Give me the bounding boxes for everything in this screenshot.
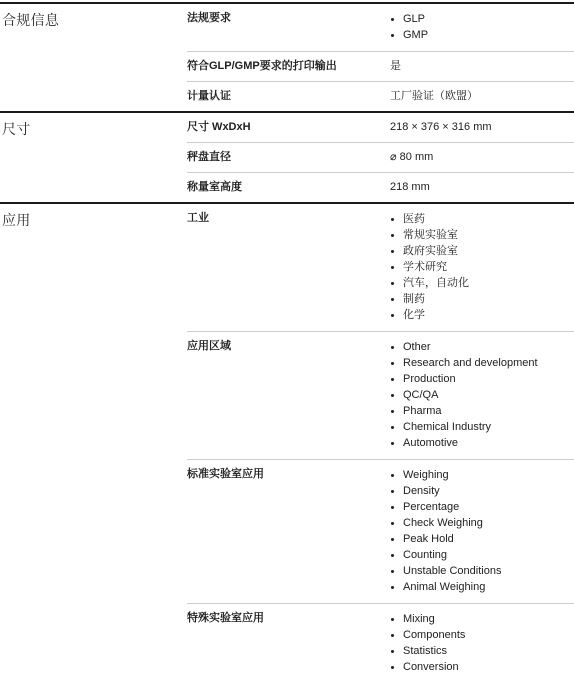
bullet-icon xyxy=(391,234,394,237)
bullet-icon xyxy=(391,506,394,509)
row-pan-diameter: 秤盘直径 ⌀ 80 mm xyxy=(187,142,574,172)
value-list-item: Counting xyxy=(390,547,574,563)
value-list-item: Pharma xyxy=(390,403,574,419)
value-item-text: Unstable Conditions xyxy=(403,563,501,579)
value-text: 218 mm xyxy=(390,181,430,193)
bullet-icon xyxy=(391,346,394,349)
value-item-text: Density xyxy=(403,483,440,499)
value-item-text: 医药 xyxy=(403,211,425,227)
bullet-icon xyxy=(391,282,394,285)
bullet-icon xyxy=(391,586,394,589)
value-item-text: 制药 xyxy=(403,291,425,307)
attribute-value: Weighing Density Percentage Check Weighi… xyxy=(390,467,574,595)
attribute-label: 工业 xyxy=(187,211,390,323)
bullet-icon xyxy=(391,298,394,301)
value-item-text: Components xyxy=(403,627,465,643)
value-list-item: QC/QA xyxy=(390,387,574,403)
section-title-applications: 应用 xyxy=(0,204,187,683)
bullet-icon xyxy=(391,522,394,525)
bullet-icon xyxy=(391,34,394,37)
value-item-text: Chemical Industry xyxy=(403,419,491,435)
value-item-text: GMP xyxy=(403,27,428,43)
spec-section-compliance: 合规信息 法规要求 GLP GMP 符合GLP/GMP要求的打印输出 是 计量认… xyxy=(0,2,574,111)
value-list-item: Components xyxy=(390,627,574,643)
bullet-icon xyxy=(391,554,394,557)
attribute-value: 医药 常规实验室 政府实验室 学术研究 汽车，自动化 制药 化学 xyxy=(390,211,574,323)
value-list-item: Weighing xyxy=(390,467,574,483)
value-item-text: Production xyxy=(403,371,456,387)
section-title-dimensions: 尺寸 xyxy=(0,113,187,202)
attribute-label: 秤盘直径 xyxy=(187,150,390,164)
value-list-item: GMP xyxy=(390,27,574,43)
attribute-value: Other Research and development Productio… xyxy=(390,339,574,451)
bullet-icon xyxy=(391,250,394,253)
value-list-item: Mixing xyxy=(390,611,574,627)
value-item-text: Mixing xyxy=(403,611,435,627)
attribute-label: 标准实验室应用 xyxy=(187,467,390,595)
value-text: 是 xyxy=(390,60,401,72)
row-glp-gmp-printout: 符合GLP/GMP要求的打印输出 是 xyxy=(187,51,574,81)
attribute-label: 符合GLP/GMP要求的打印输出 xyxy=(187,59,390,73)
bullet-icon xyxy=(391,538,394,541)
bullet-icon xyxy=(391,570,394,573)
value-text: 工厂验证（欧盟） xyxy=(390,90,478,102)
bullet-icon xyxy=(391,378,394,381)
value-list-item: 化学 xyxy=(390,307,574,323)
bullet-icon xyxy=(391,618,394,621)
bullet-icon xyxy=(391,218,394,221)
attribute-value: 是 xyxy=(390,59,574,73)
value-list: Mixing Components Statistics Conversion xyxy=(390,611,574,675)
bullet-icon xyxy=(391,666,394,669)
bullet-icon xyxy=(391,362,394,365)
value-list-item: 学术研究 xyxy=(390,259,574,275)
value-list-item: Check Weighing xyxy=(390,515,574,531)
value-list-item: GLP xyxy=(390,11,574,27)
row-weighing-chamber-height: 称量室高度 218 mm xyxy=(187,172,574,202)
value-list-item: Statistics xyxy=(390,643,574,659)
attribute-label: 特殊实验室应用 xyxy=(187,611,390,675)
row-special-lab-applications: 特殊实验室应用 Mixing Components Statistics Con… xyxy=(187,603,574,683)
value-list: GLP GMP xyxy=(390,11,574,43)
spec-section-applications: 应用 工业 医药 常规实验室 政府实验室 学术研究 汽车，自动化 制药 化学 xyxy=(0,202,574,683)
row-industry: 工业 医药 常规实验室 政府实验室 学术研究 汽车，自动化 制药 化学 xyxy=(187,204,574,331)
value-list-item: Chemical Industry xyxy=(390,419,574,435)
value-list-item: Density xyxy=(390,483,574,499)
value-item-text: 汽车，自动化 xyxy=(403,275,469,291)
bullet-icon xyxy=(391,410,394,413)
value-list-item: 常规实验室 xyxy=(390,227,574,243)
bullet-icon xyxy=(391,394,394,397)
bullet-icon xyxy=(391,18,394,21)
product-spec-page: 合规信息 法规要求 GLP GMP 符合GLP/GMP要求的打印输出 是 计量认… xyxy=(0,0,574,687)
value-list: Other Research and development Productio… xyxy=(390,339,574,451)
bullet-icon xyxy=(391,442,394,445)
value-list: Weighing Density Percentage Check Weighi… xyxy=(390,467,574,595)
value-list-item: Peak Hold xyxy=(390,531,574,547)
bullet-icon xyxy=(391,650,394,653)
section-rows: 工业 医药 常规实验室 政府实验室 学术研究 汽车，自动化 制药 化学 应用区域 xyxy=(187,204,574,683)
value-item-text: QC/QA xyxy=(403,387,438,403)
value-item-text: 化学 xyxy=(403,307,425,323)
bullet-icon xyxy=(391,426,394,429)
bullet-icon xyxy=(391,490,394,493)
value-item-text: Peak Hold xyxy=(403,531,454,547)
value-item-text: Research and development xyxy=(403,355,538,371)
value-item-text: Counting xyxy=(403,547,447,563)
value-item-text: 常规实验室 xyxy=(403,227,458,243)
value-list-item: Other xyxy=(390,339,574,355)
value-item-text: Automotive xyxy=(403,435,458,451)
attribute-label: 法规要求 xyxy=(187,11,390,43)
value-list-item: 制药 xyxy=(390,291,574,307)
value-item-text: GLP xyxy=(403,11,425,27)
value-list-item: Unstable Conditions xyxy=(390,563,574,579)
bullet-icon xyxy=(391,634,394,637)
spec-section-dimensions: 尺寸 尺寸 WxDxH 218 × 376 × 316 mm 秤盘直径 ⌀ 80… xyxy=(0,111,574,202)
value-item-text: Pharma xyxy=(403,403,442,419)
attribute-value: 218 mm xyxy=(390,180,574,194)
value-list-item: Animal Weighing xyxy=(390,579,574,595)
attribute-label: 尺寸 WxDxH xyxy=(187,120,390,134)
value-item-text: 学术研究 xyxy=(403,259,447,275)
value-item-text: Conversion xyxy=(403,659,459,675)
value-item-text: Percentage xyxy=(403,499,459,515)
bullet-icon xyxy=(391,474,394,477)
value-item-text: Check Weighing xyxy=(403,515,483,531)
value-item-text: 政府实验室 xyxy=(403,243,458,259)
attribute-value: 218 × 376 × 316 mm xyxy=(390,120,574,134)
value-text: 218 × 376 × 316 mm xyxy=(390,121,492,133)
section-title-compliance: 合规信息 xyxy=(0,4,187,111)
attribute-value: ⌀ 80 mm xyxy=(390,150,574,164)
row-dimensions-wdh: 尺寸 WxDxH 218 × 376 × 316 mm xyxy=(187,113,574,142)
value-list: 医药 常规实验室 政府实验室 学术研究 汽车，自动化 制药 化学 xyxy=(390,211,574,323)
value-item-text: Weighing xyxy=(403,467,449,483)
section-rows: 法规要求 GLP GMP 符合GLP/GMP要求的打印输出 是 计量认证 工厂验… xyxy=(187,4,574,111)
attribute-value: Mixing Components Statistics Conversion xyxy=(390,611,574,675)
row-metrology-certification: 计量认证 工厂验证（欧盟） xyxy=(187,81,574,111)
section-rows: 尺寸 WxDxH 218 × 376 × 316 mm 秤盘直径 ⌀ 80 mm… xyxy=(187,113,574,202)
value-item-text: Statistics xyxy=(403,643,447,659)
attribute-value: GLP GMP xyxy=(390,11,574,43)
value-list-item: Production xyxy=(390,371,574,387)
value-list-item: Conversion xyxy=(390,659,574,675)
attribute-label: 称量室高度 xyxy=(187,180,390,194)
attribute-label: 应用区域 xyxy=(187,339,390,451)
value-list-item: 医药 xyxy=(390,211,574,227)
attribute-value: 工厂验证（欧盟） xyxy=(390,89,574,103)
bullet-icon xyxy=(391,314,394,317)
value-list-item: Research and development xyxy=(390,355,574,371)
value-item-text: Animal Weighing xyxy=(403,579,485,595)
value-list-item: Automotive xyxy=(390,435,574,451)
row-regulatory-requirements: 法规要求 GLP GMP xyxy=(187,4,574,51)
value-item-text: Other xyxy=(403,339,431,355)
attribute-label: 计量认证 xyxy=(187,89,390,103)
value-list-item: 政府实验室 xyxy=(390,243,574,259)
value-list-item: 汽车，自动化 xyxy=(390,275,574,291)
bullet-icon xyxy=(391,266,394,269)
value-list-item: Percentage xyxy=(390,499,574,515)
value-text: ⌀ 80 mm xyxy=(390,151,433,163)
row-application-area: 应用区域 Other Research and development Prod… xyxy=(187,331,574,459)
row-standard-lab-applications: 标准实验室应用 Weighing Density Percentage Chec… xyxy=(187,459,574,603)
